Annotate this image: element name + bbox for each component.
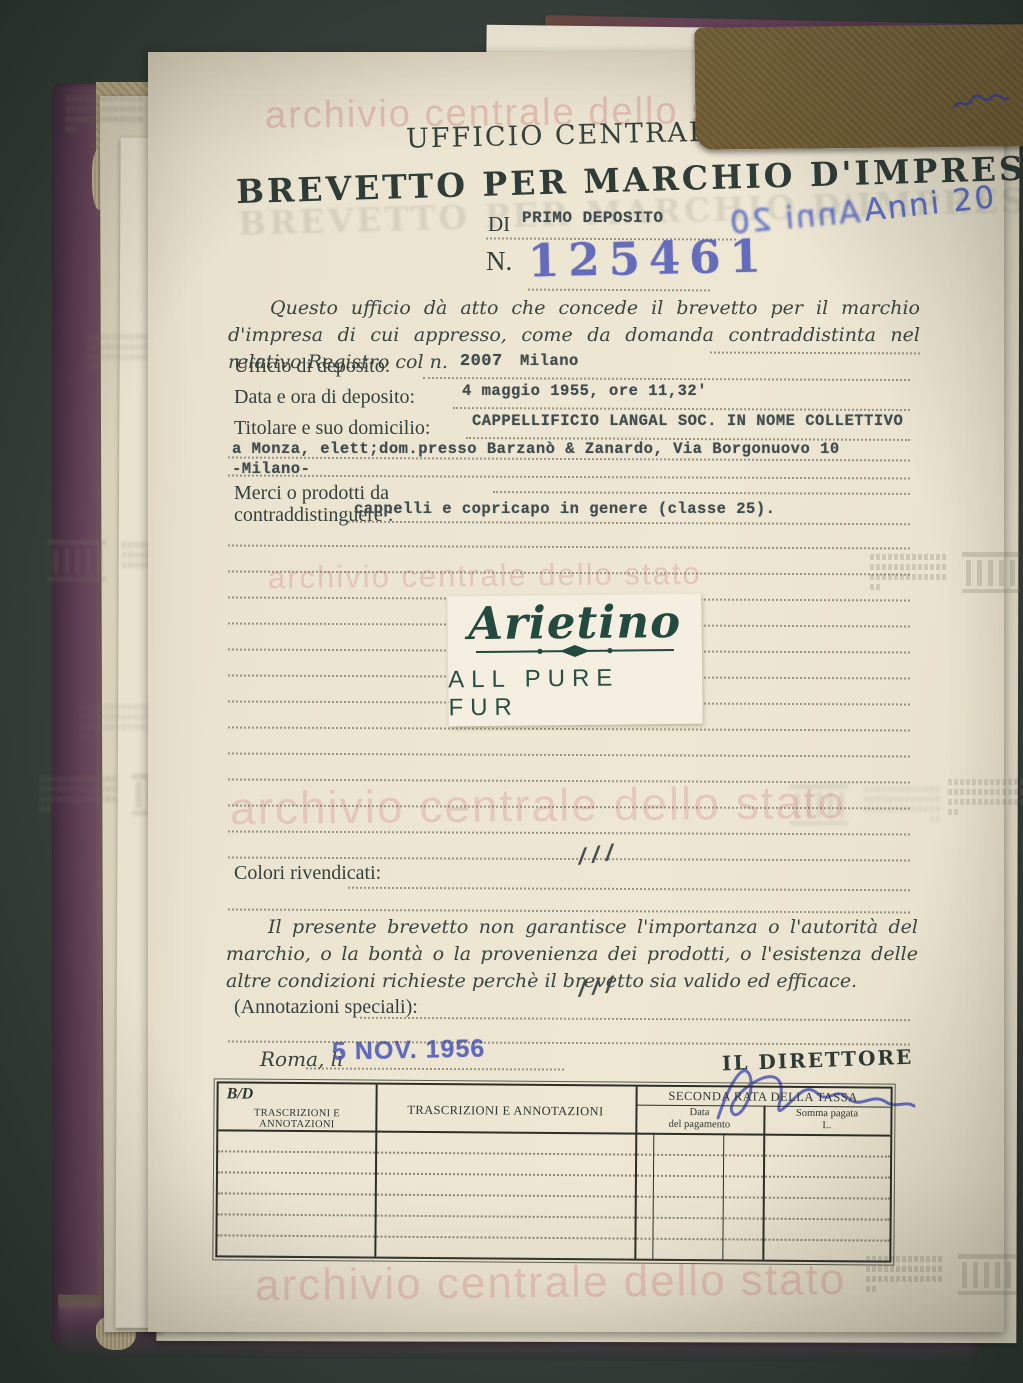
annotazioni-value: /// — [574, 973, 618, 1003]
date-stamp: 5 NOV. 1956 — [332, 1034, 486, 1066]
document-page: archivio centrale dello stato archivio c… — [148, 52, 1004, 1332]
form-rule-line — [360, 1017, 910, 1021]
annotations-table: B/D TRASCRIZIONI E ANNOTAZIONI TRASCRIZI… — [215, 1081, 892, 1262]
archive-watermark: archivio centrale dello stato — [255, 1255, 847, 1311]
table-line — [374, 1085, 377, 1257]
form-rule-line — [228, 909, 910, 914]
pen-mark — [950, 90, 1010, 115]
titolare-value-line2: a Monza, elett;dom.presso Barzanò & Zana… — [232, 440, 840, 458]
table-group-header: SECONDA RATA DELLA TASSA — [636, 1089, 891, 1106]
table-col1-header: TRASCRIZIONI E ANNOTAZIONI — [218, 1107, 375, 1130]
table-line — [762, 1106, 765, 1260]
form-rule-line — [228, 1041, 910, 1046]
registro-number: 2007 — [460, 352, 503, 371]
deposit-type-value: PRIMO DEPOSITO — [522, 209, 663, 227]
table-row-line — [218, 1192, 890, 1199]
ufficio-deposito-value: Milano — [520, 352, 579, 370]
binding-cloth-top — [694, 24, 1023, 149]
table-subheader-data: Data del pagamento — [635, 1107, 763, 1132]
colori-value: /// — [574, 841, 618, 871]
ufficio-deposito-label: Ufficio di deposito: — [234, 355, 390, 378]
table-col2-header: TRASCRIZIONI E ANNOTAZIONI — [375, 1103, 635, 1120]
data-deposito-label: Data e ora di deposito: — [234, 386, 415, 409]
form-rule-line — [528, 289, 710, 292]
form-rule-line — [306, 1067, 564, 1070]
merci-value: cappelli e copricapo in genere (classe 2… — [354, 500, 775, 518]
archival-scan: archivio centrale dello stato archivio c… — [0, 0, 1023, 1383]
table-row-line — [217, 1234, 889, 1241]
form-rule-line — [228, 857, 910, 862]
number-label: N. — [486, 246, 512, 277]
disclaimer-paragraph: Il presente brevetto non garantisce l'im… — [226, 914, 918, 995]
trademark-label: Arietino ALL PURE FUR — [447, 594, 702, 727]
form-rule-line — [348, 521, 910, 525]
table-row-line — [218, 1171, 890, 1178]
ornament-divider — [470, 643, 680, 657]
form-rule-line — [228, 475, 910, 480]
archive-stamp-icon — [948, 775, 1023, 826]
archive-stamp-icon — [870, 550, 1022, 601]
form-rule-line — [453, 407, 910, 411]
form-rule-line — [228, 727, 910, 732]
annotazioni-label: (Annotazioni speciali): — [234, 996, 418, 1019]
form-rule-line — [228, 545, 910, 550]
table-line — [634, 1087, 637, 1259]
table-row-line — [218, 1213, 890, 1220]
form-rule-line — [423, 377, 910, 381]
form-rule-line — [228, 753, 910, 758]
table-subheader-somma: Somma pagata L. — [763, 1108, 890, 1133]
form-rule-line — [493, 491, 910, 495]
form-rule-line — [348, 887, 910, 891]
archive-watermark: archivio centrale dello stato — [268, 556, 702, 597]
titolare-label: Titolare e suo domicilio: — [234, 417, 430, 440]
table-bd-label: B/D — [227, 1085, 287, 1103]
trademark-name: Arietino — [468, 598, 681, 645]
data-deposito-value: 4 maggio 1955, ore 11,32' — [462, 382, 707, 400]
titolare-value: CAPPELLIFICIO LANGAL SOC. IN NOME COLLET… — [472, 412, 903, 430]
table-row-line — [218, 1150, 890, 1157]
di-label: DI — [488, 212, 510, 237]
colori-label: Colori rivendicati: — [234, 862, 381, 885]
trademark-tagline: ALL PURE FUR — [448, 663, 703, 722]
